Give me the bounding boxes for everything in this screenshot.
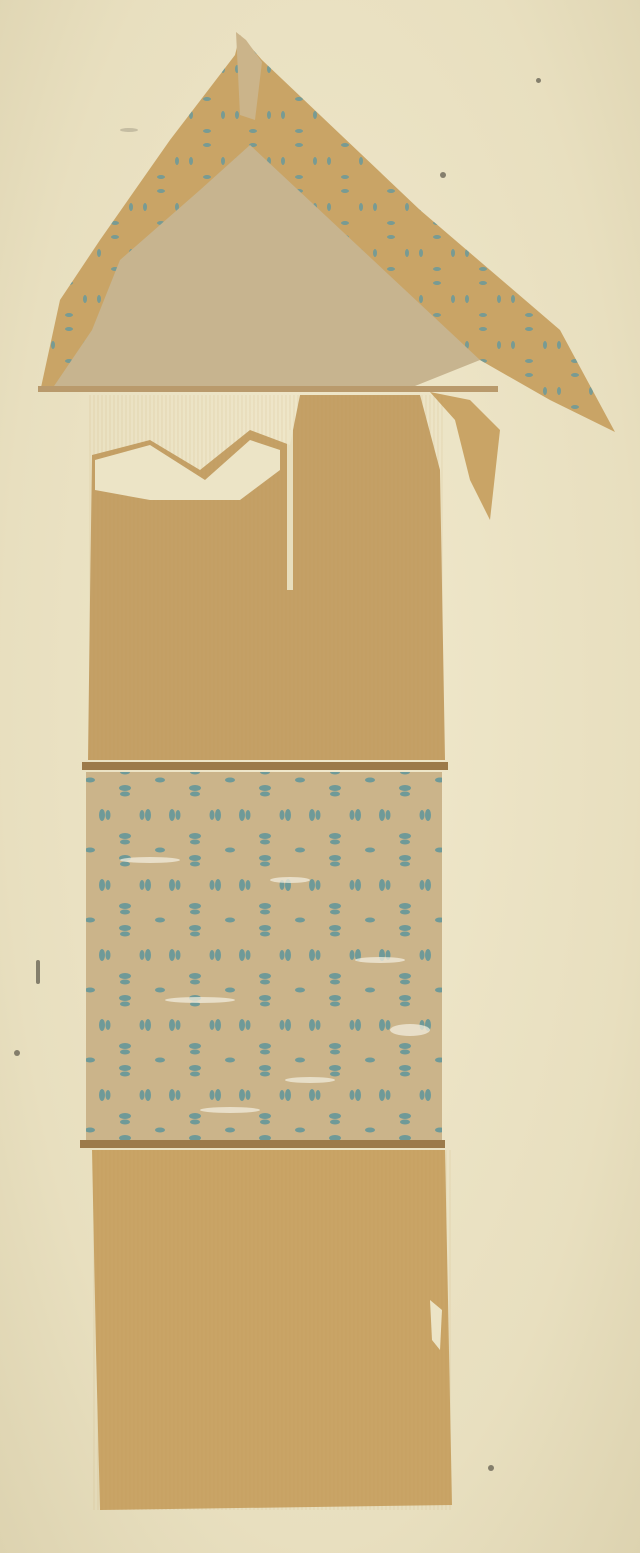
- panel-3: [92, 1150, 452, 1510]
- rod: [82, 762, 448, 770]
- rod: [80, 1140, 445, 1148]
- textile-banner: [0, 0, 640, 1553]
- panel-1: [88, 395, 445, 760]
- panel-2: [86, 772, 442, 1140]
